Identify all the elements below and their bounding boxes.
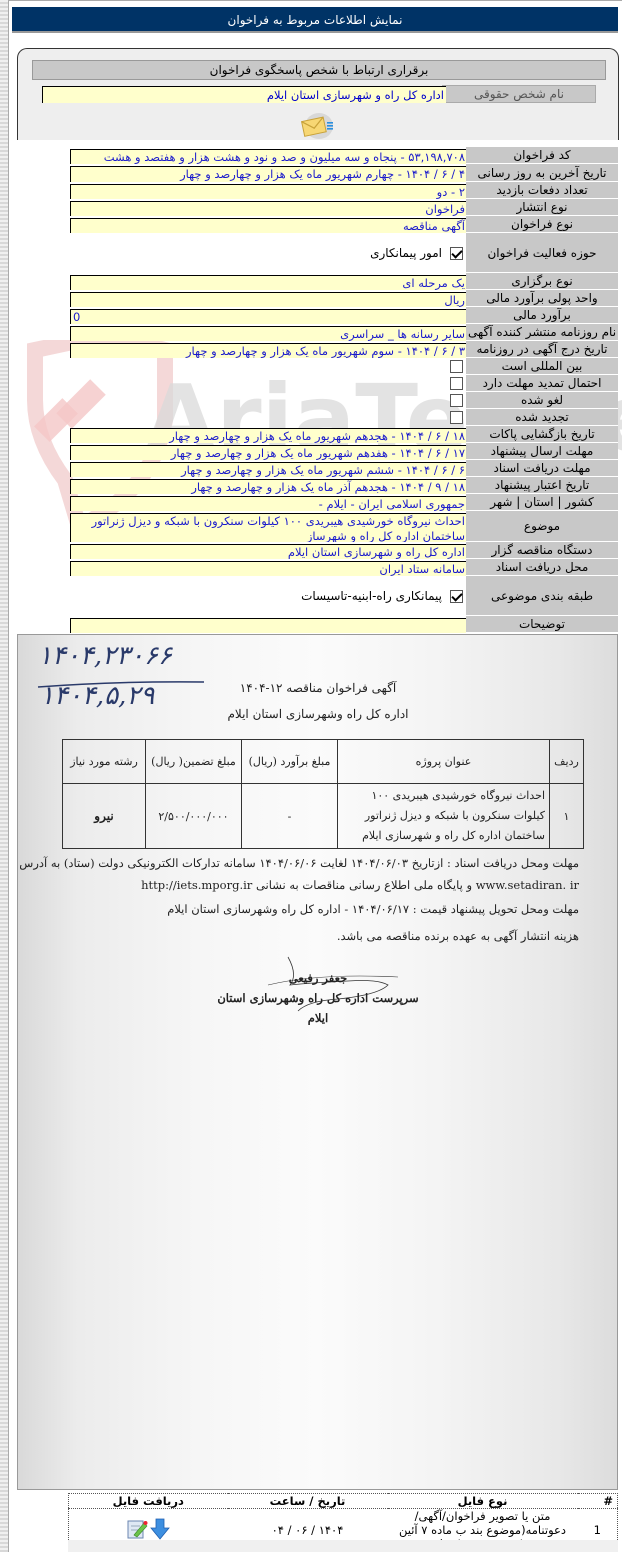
field-row-newspaper: نام روزنامه منتشر کننده آگهی سایر رسانه … [70, 324, 618, 341]
field-row-financial-estimate: برآورد مالی 0 [70, 307, 618, 324]
field-value: اداره کل راه و شهرسازی استان ایلام [70, 544, 466, 559]
edit-document-icon[interactable] [126, 1518, 148, 1540]
field-label: برآورد مالی [466, 307, 618, 324]
field-row-description: توضیحات [70, 616, 618, 633]
page-header: نمایش اطلاعات مربوط به فراخوان [12, 7, 618, 33]
legal-person-label: نام شخص حقوقی [442, 85, 596, 103]
signer-name: جعفر رفیعی [208, 968, 428, 988]
legal-person-value: اداره کل راه و شهرسازی استان ایلام [42, 86, 446, 103]
field-row-holding-type: نوع برگزاری یک مرحله ای [70, 273, 618, 290]
field-row-cancelled: لغو شده [70, 392, 618, 409]
field-label: مهلت دریافت اسناد [466, 460, 618, 477]
field-label: تعداد دفعات بازدید [466, 182, 618, 199]
field-label: تاریخ اعتبار پیشنهاد [466, 477, 618, 494]
contact-title: برقراری ارتباط با شخص پاسخگوی فراخوان [32, 60, 606, 80]
field-row-tender-type: نوع فراخوان آگهی مناقصه [70, 216, 618, 233]
document-subtitle: اداره کل راه وشهرسازی استان ایلام [208, 707, 428, 721]
col-required-field: رشته مورد نیاز [63, 740, 146, 784]
field-label: تاریخ بازگشایی پاکات [466, 426, 618, 443]
field-label: واحد پولی برآورد مالی [466, 290, 618, 307]
field-value: ۱۸ / ۶ / ۱۴۰۴ - هجدهم شهریور ماه یک هزار… [70, 428, 466, 443]
field-value: ۴ / ۶ / ۱۴۰۴ - چهارم شهریور ماه یک هزار … [70, 166, 466, 182]
field-value: ۲ - دو [70, 184, 466, 199]
handwritten-number: ۱۴۰۴,۲۳۰۶۶ [38, 641, 172, 671]
checkbox-label: امور پیمانکاری [370, 246, 442, 260]
col-number: # [578, 1494, 618, 1509]
col-row-number: ردیف [550, 740, 584, 784]
field-label: نوع انتشار [466, 199, 618, 216]
field-row-subject: موضوع احداث نیروگاه خورشیدی هیبریدی ۱۰۰ … [70, 511, 618, 542]
field-label: بین المللی است [466, 358, 618, 375]
field-row-renewed: تجدید شده [70, 409, 618, 426]
field-label: تجدید شده [466, 409, 618, 426]
field-value [70, 618, 466, 633]
tender-document-image: ۱۴۰۴,۲۳۰۶۶ ۱۴۰۴,۵,۲۹ آگهی فراخوان مناقصه… [17, 634, 618, 1490]
field-row-offer-validity: تاریخ اعتبار پیشنهاد ۱۸ / ۹ / ۱۴۰۴ - هجد… [70, 477, 618, 494]
bottom-bar [68, 1540, 618, 1552]
field-label: محل دریافت اسناد [466, 559, 618, 576]
col-file-type: نوع فایل [388, 1494, 578, 1509]
field-label: کشور | استان | شهر [466, 494, 618, 511]
field-label: لغو شده [466, 392, 618, 409]
category-checkbox[interactable] [450, 590, 463, 603]
envelope-icon[interactable] [299, 111, 335, 141]
field-value: ۵۳,۱۹۸,۷۰۸ - پنجاه و سه میلیون و صد و نو… [70, 149, 466, 164]
field-label: موضوع [466, 511, 618, 542]
field-value: فراخوان [70, 201, 466, 216]
left-border-strip [0, 0, 8, 1552]
field-row-international: بین المللی است [70, 358, 618, 375]
field-row-opening-date: تاریخ بازگشایی پاکات ۱۸ / ۶ / ۱۴۰۴ - هجد… [70, 426, 618, 443]
field-label: تاریخ آخرین به روز رسانی [466, 164, 618, 182]
field-label: مهلت ارسال پیشنهاد [466, 443, 618, 460]
field-row-tendering-authority: دستگاه مناقصه گزار اداره کل راه و شهرساز… [70, 542, 618, 559]
field-value: یک مرحله ای [70, 275, 466, 290]
field-value: جمهوری اسلامی ایران - ایلام - [70, 496, 466, 511]
field-value: 0 [70, 309, 466, 324]
table-row: ۱ احداث نیروگاه خورشیدی هیبریدی ۱۰۰ کیلو… [63, 784, 584, 849]
document-signature: جعفر رفیعی سرپرست اداره کل راه وشهرسازی … [208, 968, 428, 1028]
field-value: ۱۸ / ۹ / ۱۴۰۴ - هجدهم آذر ماه یک هزار و … [70, 479, 466, 494]
col-project-title: عنوان پروژه [338, 740, 550, 784]
handwritten-date: ۱۴۰۴,۵,۲۹ [40, 681, 154, 711]
document-offer-deadline: مهلت ومحل تحویل پیشنهاد قیمت : ۱۴۰۴/۰۶/۱… [167, 898, 579, 920]
field-row-activity-scope: حوزه فعالیت فراخوان امور پیمانکاری [70, 233, 618, 273]
field-row-docs-deadline: مهلت دریافت اسناد ۶ / ۶ / ۱۴۰۴ - ششم شهر… [70, 460, 618, 477]
field-row-tender-code: کد فراخوان ۵۳,۱۹۸,۷۰۸ - پنجاه و سه میلیو… [70, 147, 618, 164]
field-value: ۶ / ۶ / ۱۴۰۴ - ششم شهریور ماه یک هزار و … [70, 462, 466, 477]
field-label: طبقه بندی موضوعی [466, 576, 618, 616]
col-estimate: مبلغ برآورد (ریال) [242, 740, 338, 784]
field-value: سامانه ستاد ایران [70, 561, 466, 576]
field-row-publish-type: نوع انتشار فراخوان [70, 199, 618, 216]
field-row-location: کشور | استان | شهر جمهوری اسلامی ایران -… [70, 494, 618, 511]
field-row-extension-possible: احتمال تمدید مهلت دارد [70, 375, 618, 392]
field-label: نام روزنامه منتشر کننده آگهی [466, 324, 618, 341]
field-label: توضیحات [466, 616, 618, 633]
field-label: تاریخ درج آگهی در روزنامه [466, 341, 618, 358]
field-value: سایر رسانه ها _ سراسری [70, 326, 466, 341]
cancelled-checkbox[interactable] [450, 394, 463, 407]
download-arrow-icon[interactable] [150, 1518, 170, 1540]
document-project-table: ردیف عنوان پروژه مبلغ برآورد (ریال) مبلغ… [62, 739, 584, 849]
field-row-newspaper-date: تاریخ درج آگهی در روزنامه ۳ / ۶ / ۱۴۰۴ -… [70, 341, 618, 358]
col-download: دریافت فایل [69, 1494, 228, 1509]
document-title: آگهی فراخوان مناقصه ۱۲-۱۴۰۴ [218, 681, 418, 695]
field-row-visit-count: تعداد دفعات بازدید ۲ - دو [70, 182, 618, 199]
field-row-submission-deadline: مهلت ارسال پیشنهاد ۱۷ / ۶ / ۱۴۰۴ - هفدهم… [70, 443, 618, 460]
field-value: ریال [70, 292, 466, 307]
field-label: حوزه فعالیت فراخوان [466, 233, 618, 273]
field-row-currency: واحد پولی برآورد مالی ریال [70, 290, 618, 307]
international-checkbox[interactable] [450, 360, 463, 373]
field-label: نوع فراخوان [466, 216, 618, 233]
signer-title: سرپرست اداره کل راه وشهرسازی استان ایلام [208, 988, 428, 1028]
field-value: آگهی مناقصه [70, 218, 466, 233]
col-guarantee: مبلغ تضمین( ریال) [146, 740, 242, 784]
contact-panel: برقراری ارتباط با شخص پاسخگوی فراخوان نا… [17, 48, 619, 140]
field-label: احتمال تمدید مهلت دارد [466, 375, 618, 392]
field-row-category: طبقه بندی موضوعی پیمانکاری راه-ابنیه-تاس… [70, 576, 618, 616]
extension-checkbox[interactable] [450, 377, 463, 390]
field-value: احداث نیروگاه خورشیدی هیبریدی ۱۰۰ کیلوات… [70, 513, 466, 542]
field-value: ۱۷ / ۶ / ۱۴۰۴ - هفدهم شهریور ماه یک هزار… [70, 445, 466, 460]
renewed-checkbox[interactable] [450, 411, 463, 424]
activity-scope-checkbox[interactable] [450, 247, 463, 260]
document-docs-deadline-line1: مهلت ومحل دریافت اسناد : ازتاریخ ۱۴۰۴/۰۶… [19, 852, 579, 874]
field-label: کد فراخوان [466, 147, 618, 164]
field-label: نوع برگزاری [466, 273, 618, 290]
field-value: ۳ / ۶ / ۱۴۰۴ - سوم شهریور ماه یک هزار و … [70, 343, 466, 358]
field-row-docs-location: محل دریافت اسناد سامانه ستاد ایران [70, 559, 618, 576]
document-docs-deadline-line2: www.setadiran. ir و پایگاه ملی اطلاع رسا… [141, 874, 579, 896]
checkbox-label: پیمانکاری راه-ابنیه-تاسیسات [301, 589, 442, 603]
field-row-last-update: تاریخ آخرین به روز رسانی ۴ / ۶ / ۱۴۰۴ - … [70, 164, 618, 182]
document-cost-note: هزینه انتشار آگهی به عهده برنده مناقصه م… [337, 925, 579, 947]
field-label: دستگاه مناقصه گزار [466, 542, 618, 559]
col-date-time: تاریخ / ساعت [228, 1494, 388, 1509]
